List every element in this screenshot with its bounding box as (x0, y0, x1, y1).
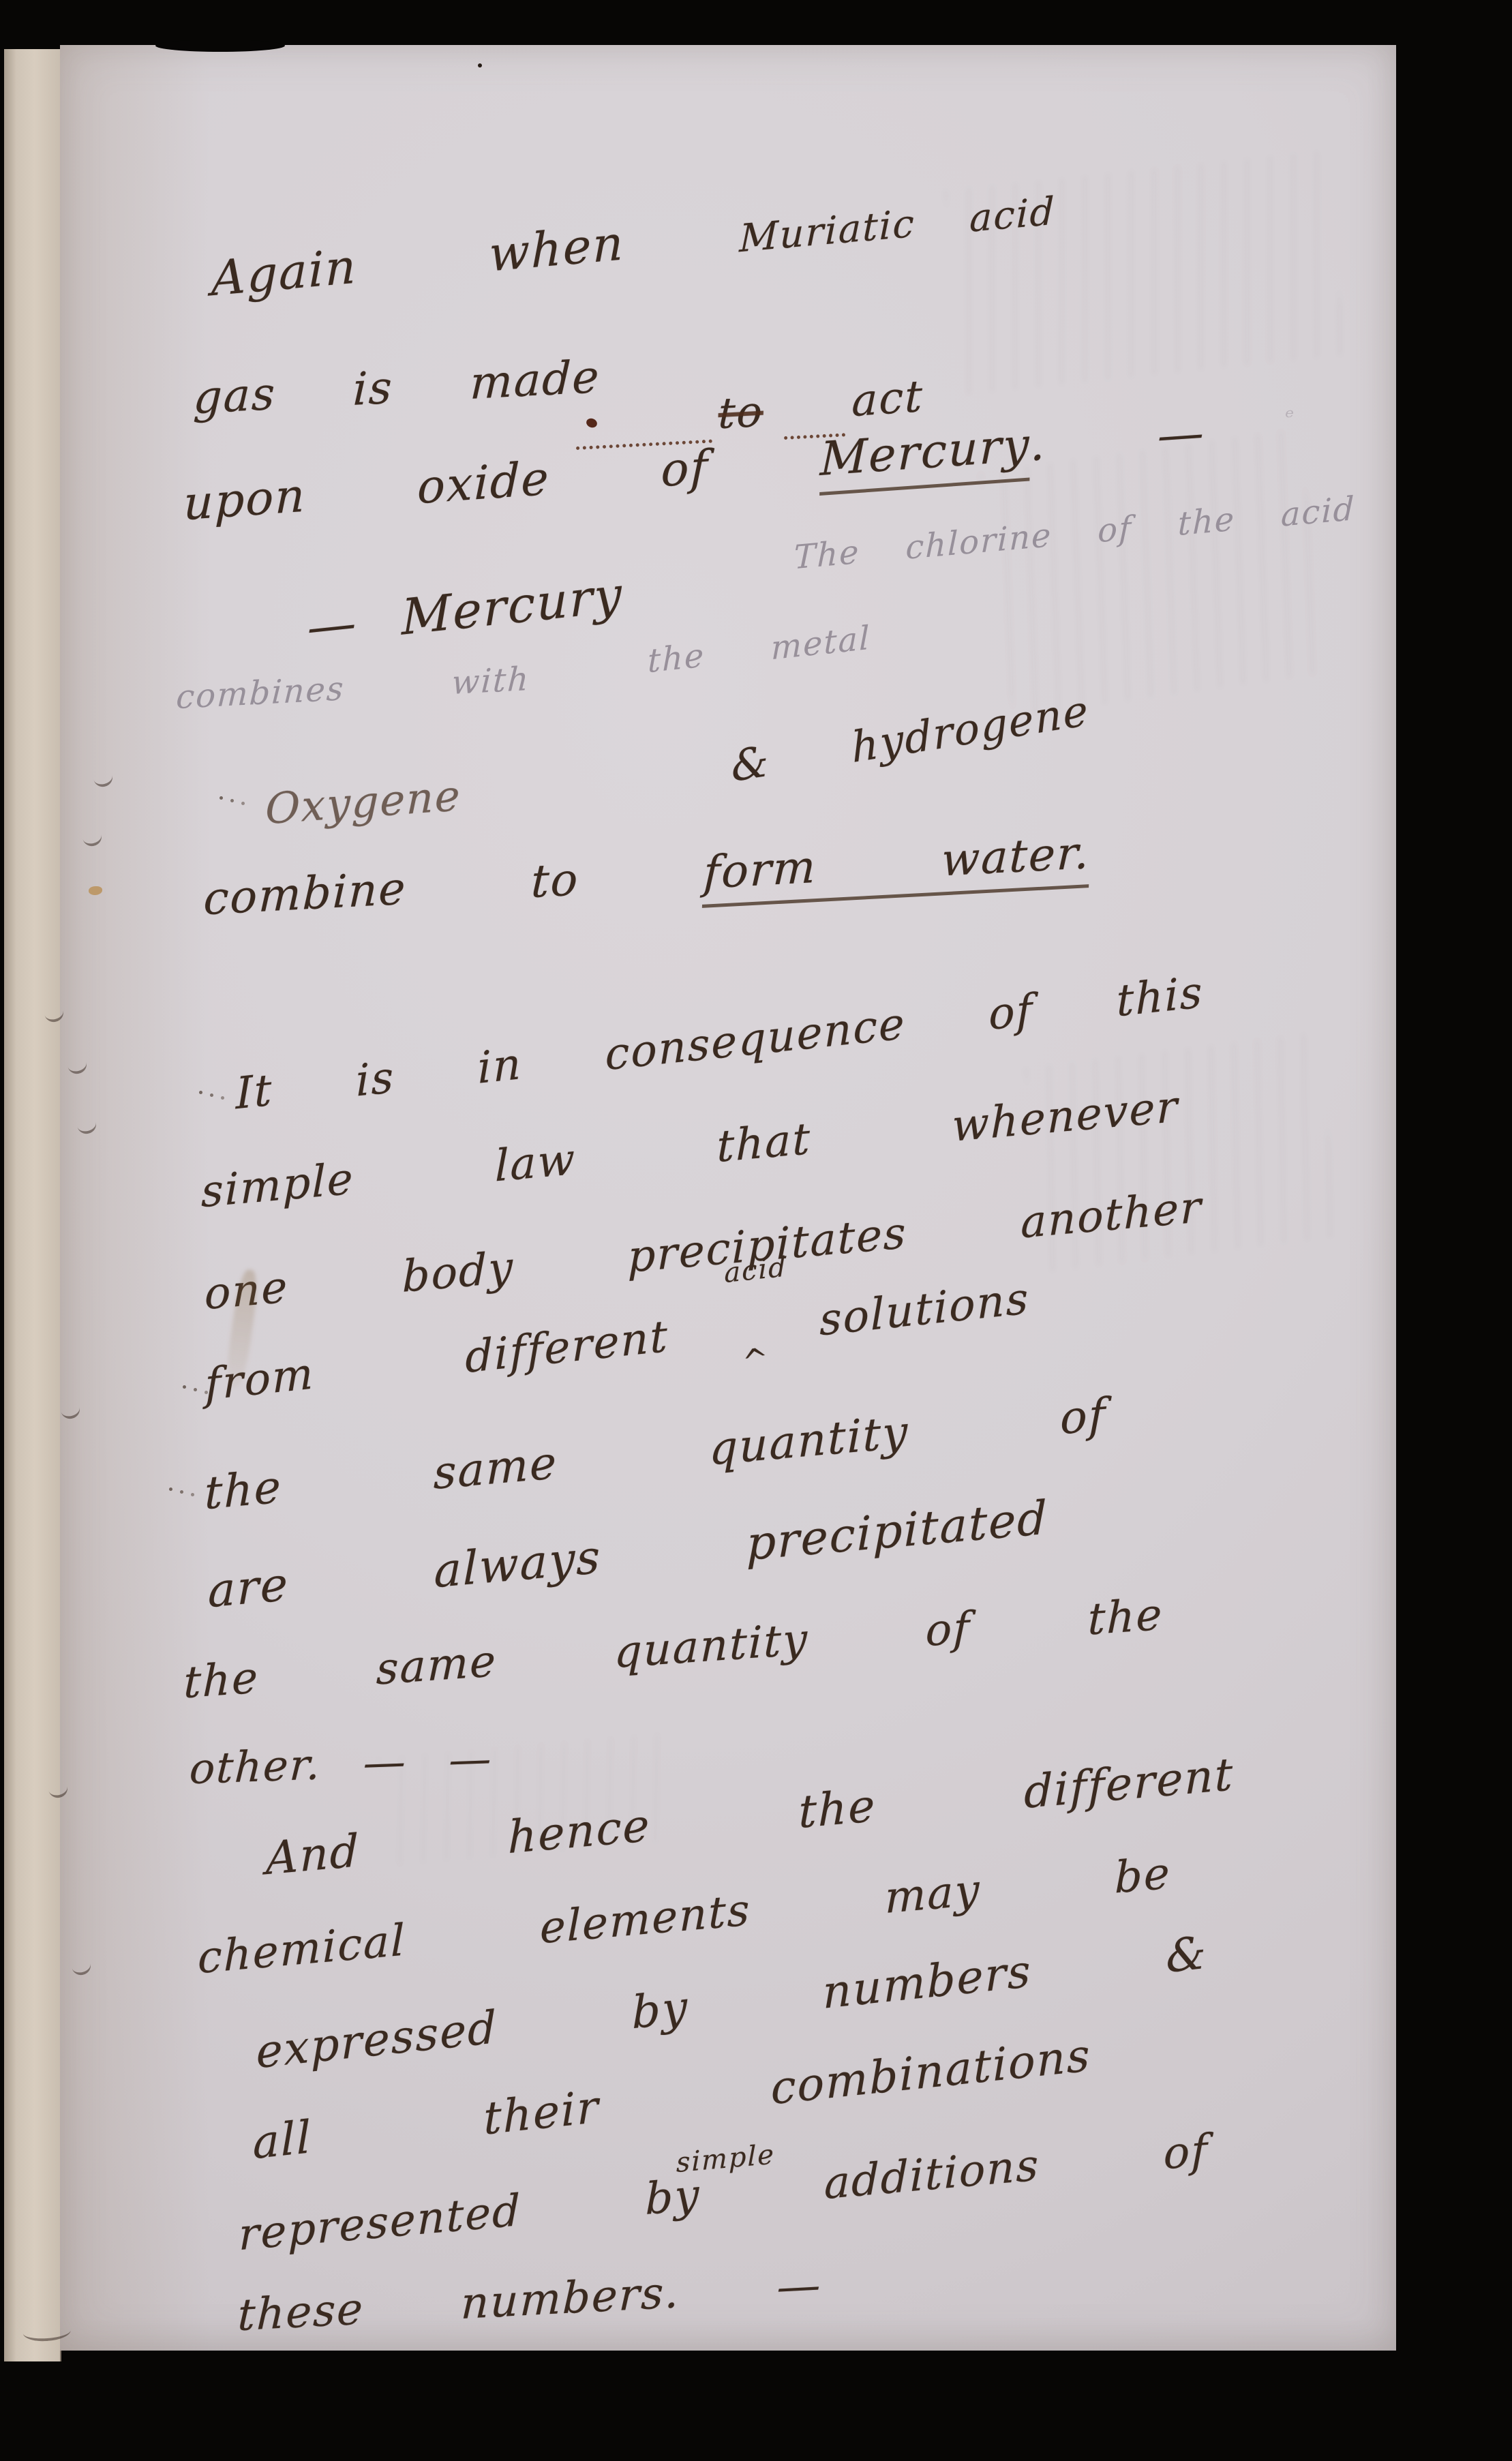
ink-dots (183, 1385, 186, 1389)
manuscript-photo: Again when Muriatic acid gas is made to … (0, 0, 1512, 2461)
struck-word: to (717, 387, 764, 439)
ink-dots (220, 796, 223, 800)
top-edge-shadow (155, 40, 285, 52)
previous-page-edge (4, 49, 61, 2361)
line-segment: . — (1030, 406, 1206, 472)
handwritten-line: act (851, 372, 924, 427)
gutter-shadow (60, 45, 210, 2351)
ink-dots (199, 1091, 202, 1094)
ink-dots (169, 1488, 172, 1491)
bleedthrough-smudge (945, 151, 1346, 395)
inserted-word: acid (724, 1251, 787, 1289)
faint-pencil-mark: ᵉ (1285, 404, 1294, 431)
handwritten-line: other. — — (188, 1733, 494, 1794)
ink-speck (478, 63, 482, 67)
